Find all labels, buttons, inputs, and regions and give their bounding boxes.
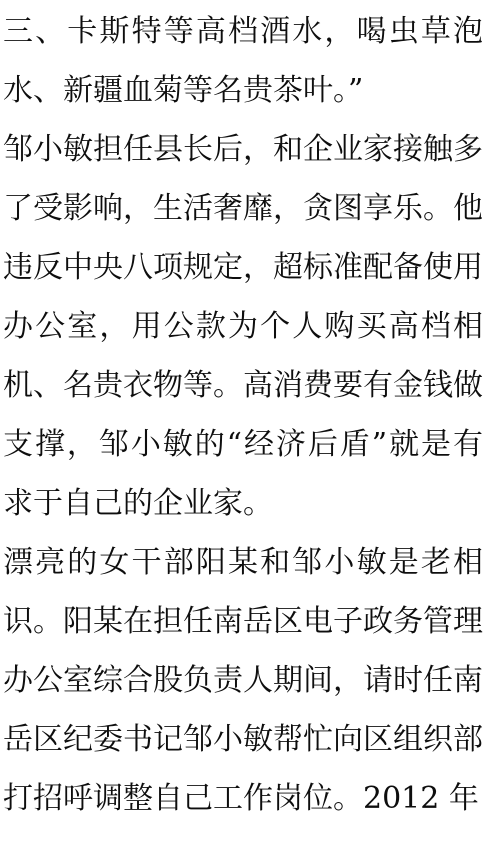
paragraph-quote-continuation: 三、卡斯特等高档酒水，喝虫草泡水、新疆血菊等名贵茶叶。” [3,2,483,120]
paragraph-yangmou: 漂亮的女干部阳某和邹小敏是老相识。阳某在担任南岳区电子政务管理办公室综合股负责人… [3,533,483,828]
paragraph-lifestyle: 邹小敏担任县长后，和企业家接触多了受影响，生活奢靡，贪图享乐。他违反中央八项规定… [3,120,483,533]
document-page: 三、卡斯特等高档酒水，喝虫草泡水、新疆血菊等名贵茶叶。” 邹小敏担任县长后，和企… [0,0,486,841]
